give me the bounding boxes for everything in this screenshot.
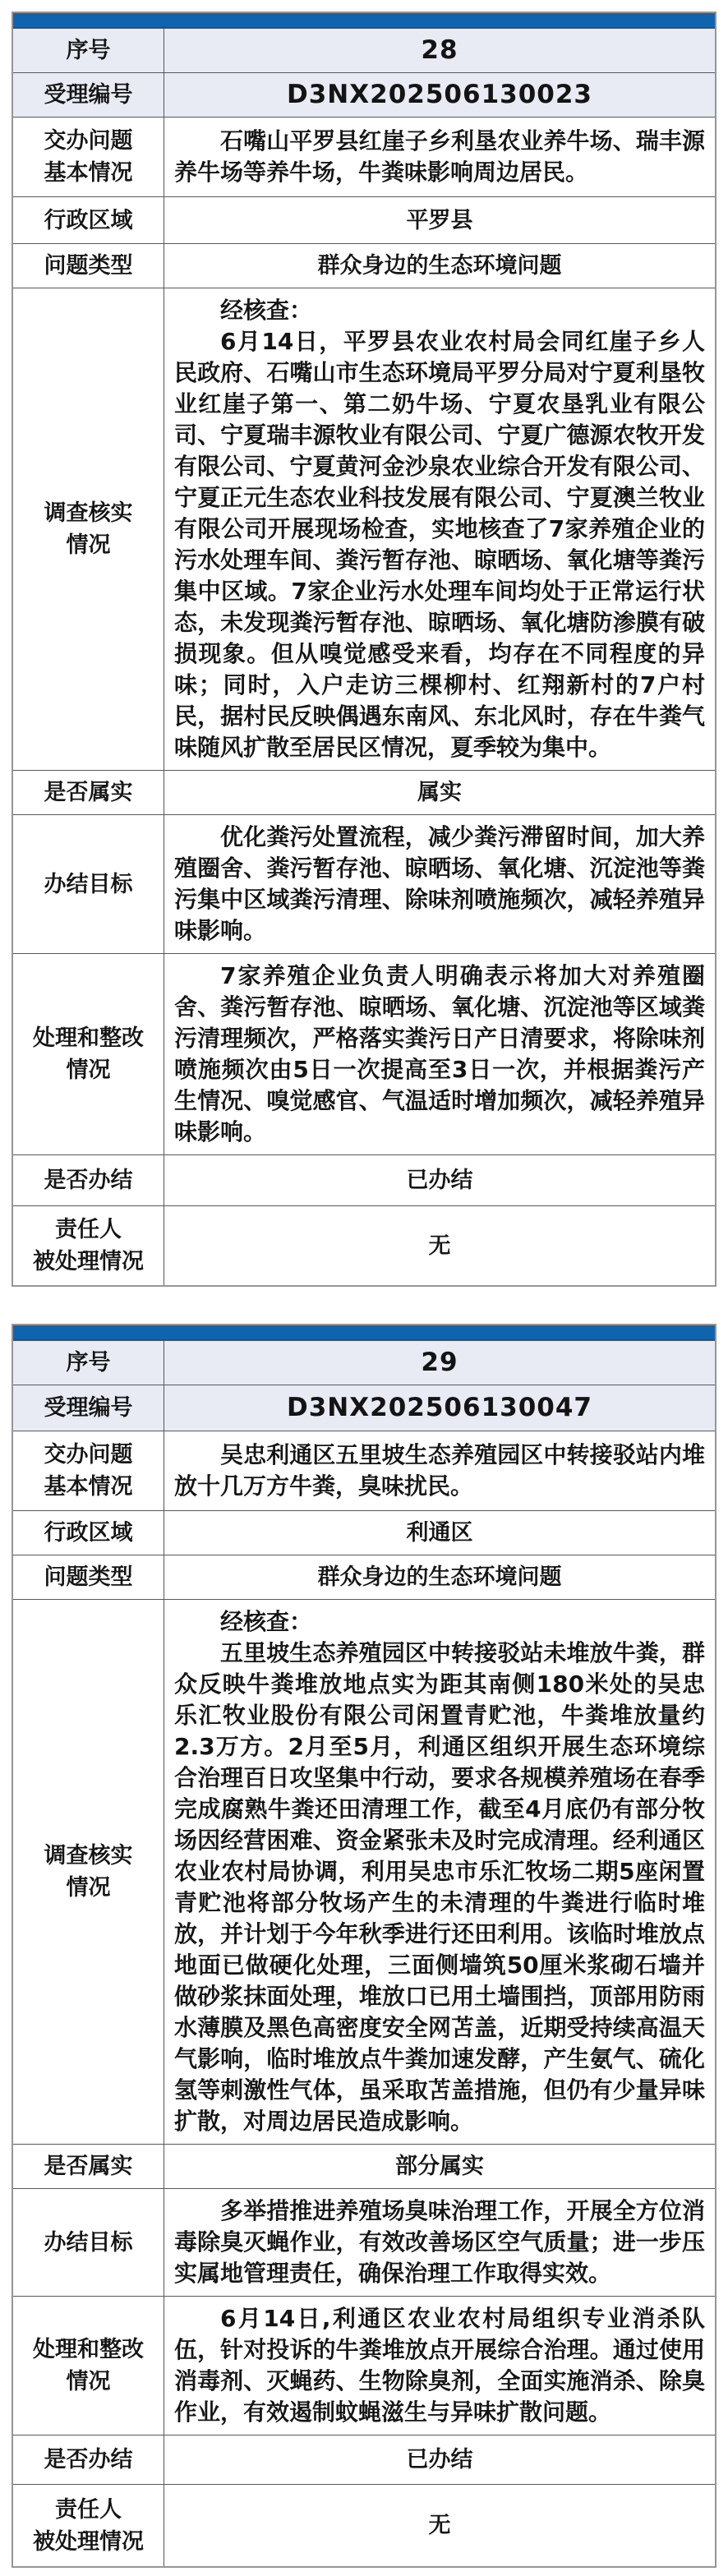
row-label-goal: 办结目标	[13, 2189, 164, 2296]
table-row-verified: 是否属实 属实	[13, 770, 715, 814]
row-label-serial: 序号	[13, 29, 164, 72]
case-card-29: 序号 29 受理编号 D3NX202506130047 交办问题 基本情况 吴忠…	[12, 1324, 716, 2568]
goal-cell: 优化粪污处置流程，减少粪污滞留时间，加大养殖圈舍、粪污暂存池、晾晒场、氧化塘、沉…	[164, 815, 715, 953]
row-label-problem: 交办问题 基本情况	[13, 118, 164, 196]
row-label-investigation: 调查核实 情况	[13, 288, 164, 770]
table-row-closed: 是否办结 已办结	[13, 2435, 715, 2484]
goal-cell: 多举措推进养殖场臭味治理工作，开展全方位消毒除臭灭蝇作业，有效改善场区空气质量；…	[164, 2189, 715, 2296]
investigation-intro: 经核查：	[174, 295, 705, 326]
goal-text: 优化粪污处置流程，减少粪污滞留时间，加大养殖圈舍、粪污暂存池、晾晒场、氧化塘、沉…	[174, 822, 705, 947]
closed-status-value: 已办结	[164, 1155, 715, 1205]
card-accent-bar	[13, 1325, 715, 1340]
problem-description: 吴忠利通区五里坡生态养殖园区中转接驳站内堆放十几万方牛粪，臭味扰民。	[164, 1431, 715, 1510]
serial-value: 29	[164, 1341, 715, 1385]
row-label-investigation: 调查核实 情况	[13, 1600, 164, 2144]
investigation-detail: 五里坡生态养殖园区中转接驳站未堆放牛粪，群众反映牛粪堆放地点实为距其南侧180米…	[174, 1638, 705, 2137]
table-row-closed: 是否办结 已办结	[13, 1154, 715, 1205]
table-row-investigation: 调查核实 情况 经核查： 6月14日，平罗县农业农村局会同红崖子乡人民政府、石嘴…	[13, 288, 715, 770]
investigation-cell: 经核查： 6月14日，平罗县农业农村局会同红崖子乡人民政府、石嘴山市生态环境局平…	[164, 288, 715, 770]
row-label-accountability: 责任人 被处理情况	[13, 1206, 164, 1285]
row-label-case-number: 受理编号	[13, 73, 164, 117]
table-row-problem: 交办问题 基本情况 吴忠利通区五里坡生态养殖园区中转接驳站内堆放十几万方牛粪，臭…	[13, 1431, 715, 1510]
row-label-goal: 办结目标	[13, 815, 164, 953]
problem-type-value: 群众身边的生态环境问题	[164, 1555, 715, 1599]
investigation-cell: 经核查： 五里坡生态养殖园区中转接驳站未堆放牛粪，群众反映牛粪堆放地点实为距其南…	[164, 1600, 715, 2144]
table-row-accountability: 责任人 被处理情况 无	[13, 2484, 715, 2566]
verified-value: 部分属实	[164, 2145, 715, 2188]
table-row-goal: 办结目标 多举措推进养殖场臭味治理工作，开展全方位消毒除臭灭蝇作业，有效改善场区…	[13, 2188, 715, 2296]
table-row-problem-type: 问题类型 群众身边的生态环境问题	[13, 243, 715, 288]
row-label-case-number: 受理编号	[13, 1385, 164, 1431]
row-label-handling: 处理和整改 情况	[13, 954, 164, 1154]
problem-type-value: 群众身边的生态环境问题	[164, 244, 715, 288]
verified-value: 属实	[164, 771, 715, 814]
goal-text: 多举措推进养殖场臭味治理工作，开展全方位消毒除臭灭蝇作业，有效改善场区空气质量；…	[174, 2196, 705, 2289]
region-value: 利通区	[164, 1511, 715, 1555]
problem-text: 吴忠利通区五里坡生态养殖园区中转接驳站内堆放十几万方牛粪，臭味扰民。	[174, 1440, 705, 1502]
row-label-closed: 是否办结	[13, 2435, 164, 2484]
row-label-problem: 交办问题 基本情况	[13, 1431, 164, 1510]
handling-cell: 7家养殖企业负责人明确表示将加大对养殖圈舍、粪污暂存池、晾晒场、氧化塘、沉淀池等…	[164, 954, 715, 1154]
page: 序号 28 受理编号 D3NX202506130023 交办问题 基本情况 石嘴…	[0, 0, 728, 2576]
investigation-intro: 经核查：	[174, 1606, 705, 1638]
case-number-value: D3NX202506130023	[164, 73, 715, 117]
case-card-28: 序号 28 受理编号 D3NX202506130023 交办问题 基本情况 石嘴…	[12, 12, 716, 1287]
table-row-problem: 交办问题 基本情况 石嘴山平罗县红崖子乡利垦农业养牛场、瑞丰源养牛场等养牛场，牛…	[13, 117, 715, 196]
serial-value: 28	[164, 29, 715, 72]
table-row-serial: 序号 28	[13, 28, 715, 72]
row-label-problem-type: 问题类型	[13, 1555, 164, 1599]
table-row-case-number: 受理编号 D3NX202506130023	[13, 72, 715, 117]
table-row-serial: 序号 29	[13, 1340, 715, 1385]
table-row-region: 行政区域 利通区	[13, 1510, 715, 1555]
handling-cell: 6月14日,利通区农业农村局组织专业消杀队伍，针对投诉的牛粪堆放点开展综合治理。…	[164, 2297, 715, 2435]
problem-description: 石嘴山平罗县红崖子乡利垦农业养牛场、瑞丰源养牛场等养牛场，牛粪味影响周边居民。	[164, 118, 715, 196]
table-row-handling: 处理和整改 情况 7家养殖企业负责人明确表示将加大对养殖圈舍、粪污暂存池、晾晒场…	[13, 953, 715, 1154]
handling-text: 7家养殖企业负责人明确表示将加大对养殖圈舍、粪污暂存池、晾晒场、氧化塘、沉淀池等…	[174, 961, 705, 1148]
table-row-handling: 处理和整改 情况 6月14日,利通区农业农村局组织专业消杀队伍，针对投诉的牛粪堆…	[13, 2296, 715, 2435]
row-label-closed: 是否办结	[13, 1155, 164, 1205]
row-label-accountability: 责任人 被处理情况	[13, 2485, 164, 2566]
row-label-serial: 序号	[13, 1341, 164, 1385]
row-label-handling: 处理和整改 情况	[13, 2297, 164, 2435]
region-value: 平罗县	[164, 197, 715, 243]
accountability-value: 无	[164, 2485, 715, 2566]
row-label-problem-type: 问题类型	[13, 244, 164, 288]
table-row-region: 行政区域 平罗县	[13, 196, 715, 243]
card-accent-bar	[13, 13, 715, 28]
row-label-verified: 是否属实	[13, 771, 164, 814]
handling-text: 6月14日,利通区农业农村局组织专业消杀队伍，针对投诉的牛粪堆放点开展综合治理。…	[174, 2303, 705, 2428]
table-row-verified: 是否属实 部分属实	[13, 2144, 715, 2188]
table-row-case-number: 受理编号 D3NX202506130047	[13, 1385, 715, 1431]
table-row-investigation: 调查核实 情况 经核查： 五里坡生态养殖园区中转接驳站未堆放牛粪，群众反映牛粪堆…	[13, 1599, 715, 2144]
case-number-value: D3NX202506130047	[164, 1385, 715, 1431]
table-row-goal: 办结目标 优化粪污处置流程，减少粪污滞留时间，加大养殖圈舍、粪污暂存池、晾晒场、…	[13, 814, 715, 953]
table-row-problem-type: 问题类型 群众身边的生态环境问题	[13, 1555, 715, 1599]
table-row-accountability: 责任人 被处理情况 无	[13, 1205, 715, 1285]
accountability-value: 无	[164, 1206, 715, 1285]
row-label-region: 行政区域	[13, 197, 164, 243]
problem-text: 石嘴山平罗县红崖子乡利垦农业养牛场、瑞丰源养牛场等养牛场，牛粪味影响周边居民。	[174, 126, 705, 188]
closed-status-value: 已办结	[164, 2435, 715, 2484]
row-label-verified: 是否属实	[13, 2145, 164, 2188]
investigation-detail: 6月14日，平罗县农业农村局会同红崖子乡人民政府、石嘴山市生态环境局平罗分局对宁…	[174, 326, 705, 763]
row-label-region: 行政区域	[13, 1511, 164, 1555]
